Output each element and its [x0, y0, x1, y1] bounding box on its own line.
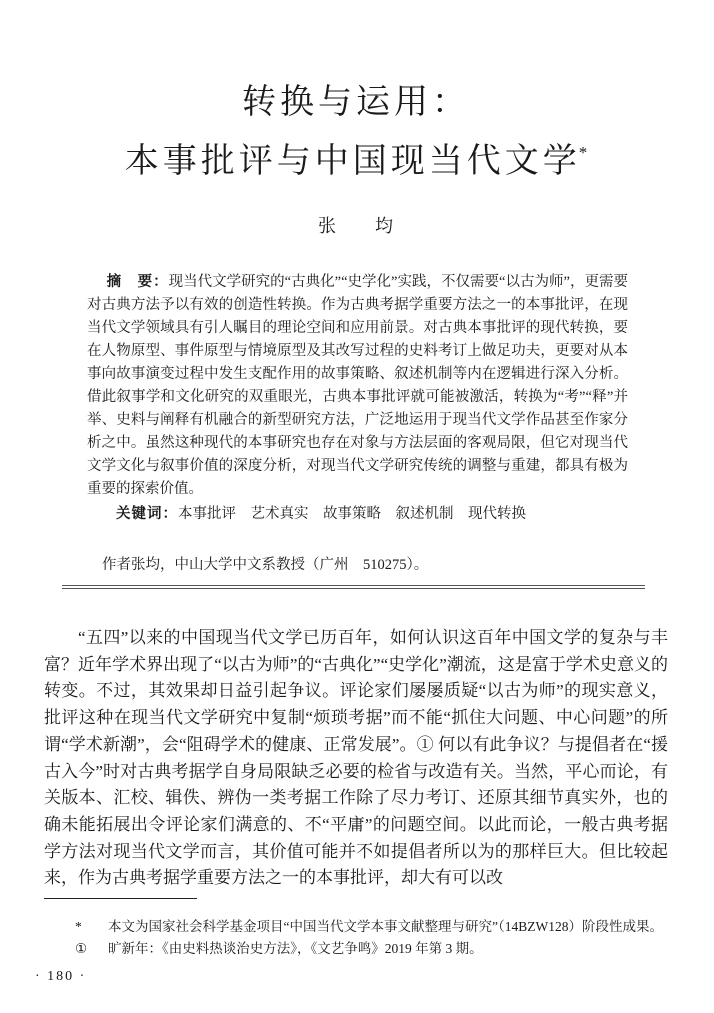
footnote-text: 旷新年：《由史料热谈治史方法》，《文艺争鸣》2019 年第 3 期。: [108, 938, 668, 960]
keywords-list: 本事批评 艺术真实 故事策略 叙述机制 现代转换: [178, 506, 526, 522]
keywords-line: 关键词：本事批评 艺术真实 故事策略 叙述机制 现代转换: [87, 503, 628, 526]
title-footnote-marker: *: [579, 143, 588, 162]
footnotes-section: * 本文为国家社会科学基金项目“中国当代文学本事文献整理与研究”（14BZW12…: [44, 916, 668, 959]
footnote-marker-asterisk: *: [75, 916, 108, 938]
double-divider-rule: [62, 585, 645, 589]
paper-title: 转换与运用： 本事批评与中国现当代文学*: [44, 0, 668, 187]
abstract-section: 摘 要：现当代文学研究的“古典化”“史学化”实践，不仅需要“以古为师”，更需要对…: [87, 271, 628, 526]
author-name: 张 均: [44, 214, 668, 239]
keywords-label: 关键词：: [116, 506, 178, 522]
title-line-1: 转换与运用：: [242, 84, 470, 121]
title-line-2: 本事批评与中国现当代文学*: [125, 143, 588, 180]
page-number: · 180 ·: [35, 969, 86, 985]
title-line-2-text: 本事批评与中国现当代文学: [125, 143, 581, 180]
abstract-label: 摘 要：: [107, 274, 169, 290]
paper-page: 转换与运用： 本事批评与中国现当代文学* 张 均 摘 要：现当代文学研究的“古典…: [0, 0, 714, 1013]
abstract-text: 现当代文学研究的“古典化”“史学化”实践，不仅需要“以古为师”，更需要对古典方法…: [87, 274, 628, 497]
abstract-paragraph: 摘 要：现当代文学研究的“古典化”“史学化”实践，不仅需要“以古为师”，更需要对…: [87, 271, 628, 501]
footnote-separator-rule: [44, 898, 197, 899]
author-affiliation-note: 作者张均，中山大学中文系教授（广州 510275）。: [102, 554, 628, 577]
footnote-marker-1: ①: [75, 938, 108, 960]
body-paragraph: “五四”以来的中国现当代文学已历百年，如何认识这百年中国文学的复杂与丰富？近年学…: [44, 625, 668, 892]
footnote-citation-1: ① 旷新年：《由史料热谈治史方法》，《文艺争鸣》2019 年第 3 期。: [44, 938, 668, 960]
footnote-funding: * 本文为国家社会科学基金项目“中国当代文学本事文献整理与研究”（14BZW12…: [44, 916, 668, 938]
footnote-text: 本文为国家社会科学基金项目“中国当代文学本事文献整理与研究”（14BZW128）…: [108, 916, 668, 938]
